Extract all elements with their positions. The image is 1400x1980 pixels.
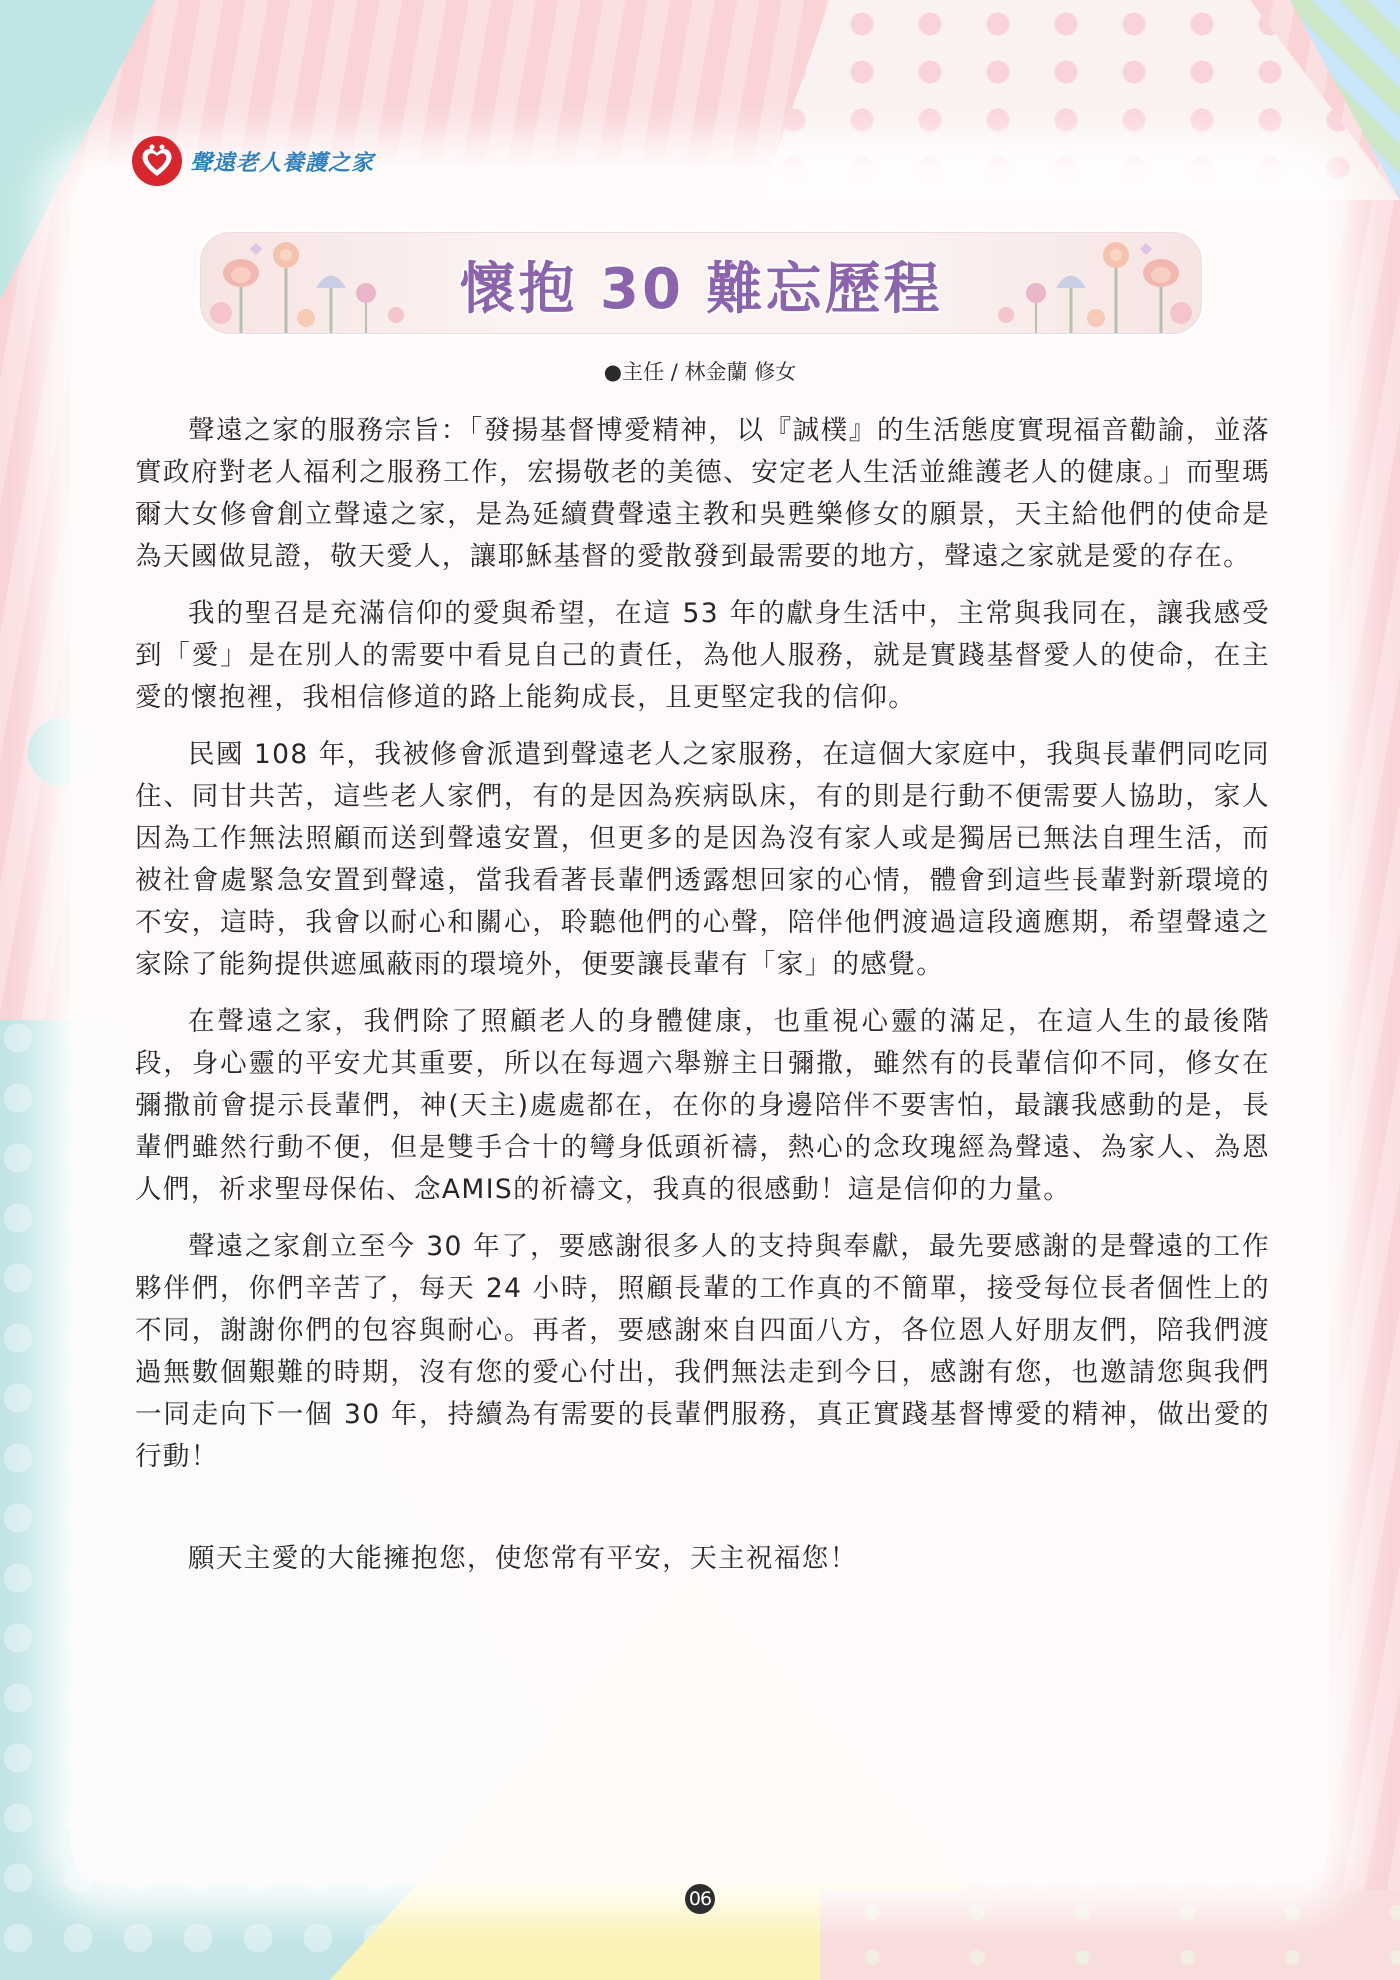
closing-blessing: 願天主愛的大能擁抱您，使您常有平安，天主祝福您！ [135, 1538, 1270, 1580]
paragraph: 在聲遠之家，我們除了照顧老人的身體健康，也重視心靈的滿足，在這人生的最後階段，身… [135, 1001, 1270, 1211]
paragraph: 我的聖召是充滿信仰的愛與希望，在這 53 年的獻身生活中，主常與我同在，讓我感受… [135, 593, 1270, 719]
page-title: 懷抱 30 難忘歷程 [201, 245, 1201, 325]
paragraph: 聲遠之家的服務宗旨：「發揚基督博愛精神，以『誠樸』的生活態度實現福音勸諭，並落實… [135, 410, 1270, 578]
organization-name: 聲遠老人養護之家 [190, 146, 374, 177]
author-byline: ●主任 / 林金蘭 修女 [0, 356, 1400, 386]
bullet-icon: ● [604, 360, 622, 384]
page-number: 06 [685, 1884, 715, 1914]
article-body: 聲遠之家的服務宗旨：「發揚基督博愛精神，以『誠樸』的生活態度實現福音勸諭，並落實… [135, 410, 1270, 1595]
paragraph: 民國 108 年，我被修會派遣到聲遠老人之家服務，在這個大家庭中，我與長輩們同吃… [135, 734, 1270, 986]
paragraph: 聲遠之家創立至今 30 年了，要感謝很多人的支持與奉獻，最先要感謝的是聲遠的工作… [135, 1226, 1270, 1478]
organization-logo: 聲遠老人養護之家 [132, 136, 374, 186]
author-name: 主任 / 林金蘭 修女 [622, 360, 796, 384]
heart-logo-icon [132, 136, 182, 186]
title-banner: 懷抱 30 難忘歷程 [200, 232, 1202, 334]
star-pattern [820, 1890, 1400, 1980]
